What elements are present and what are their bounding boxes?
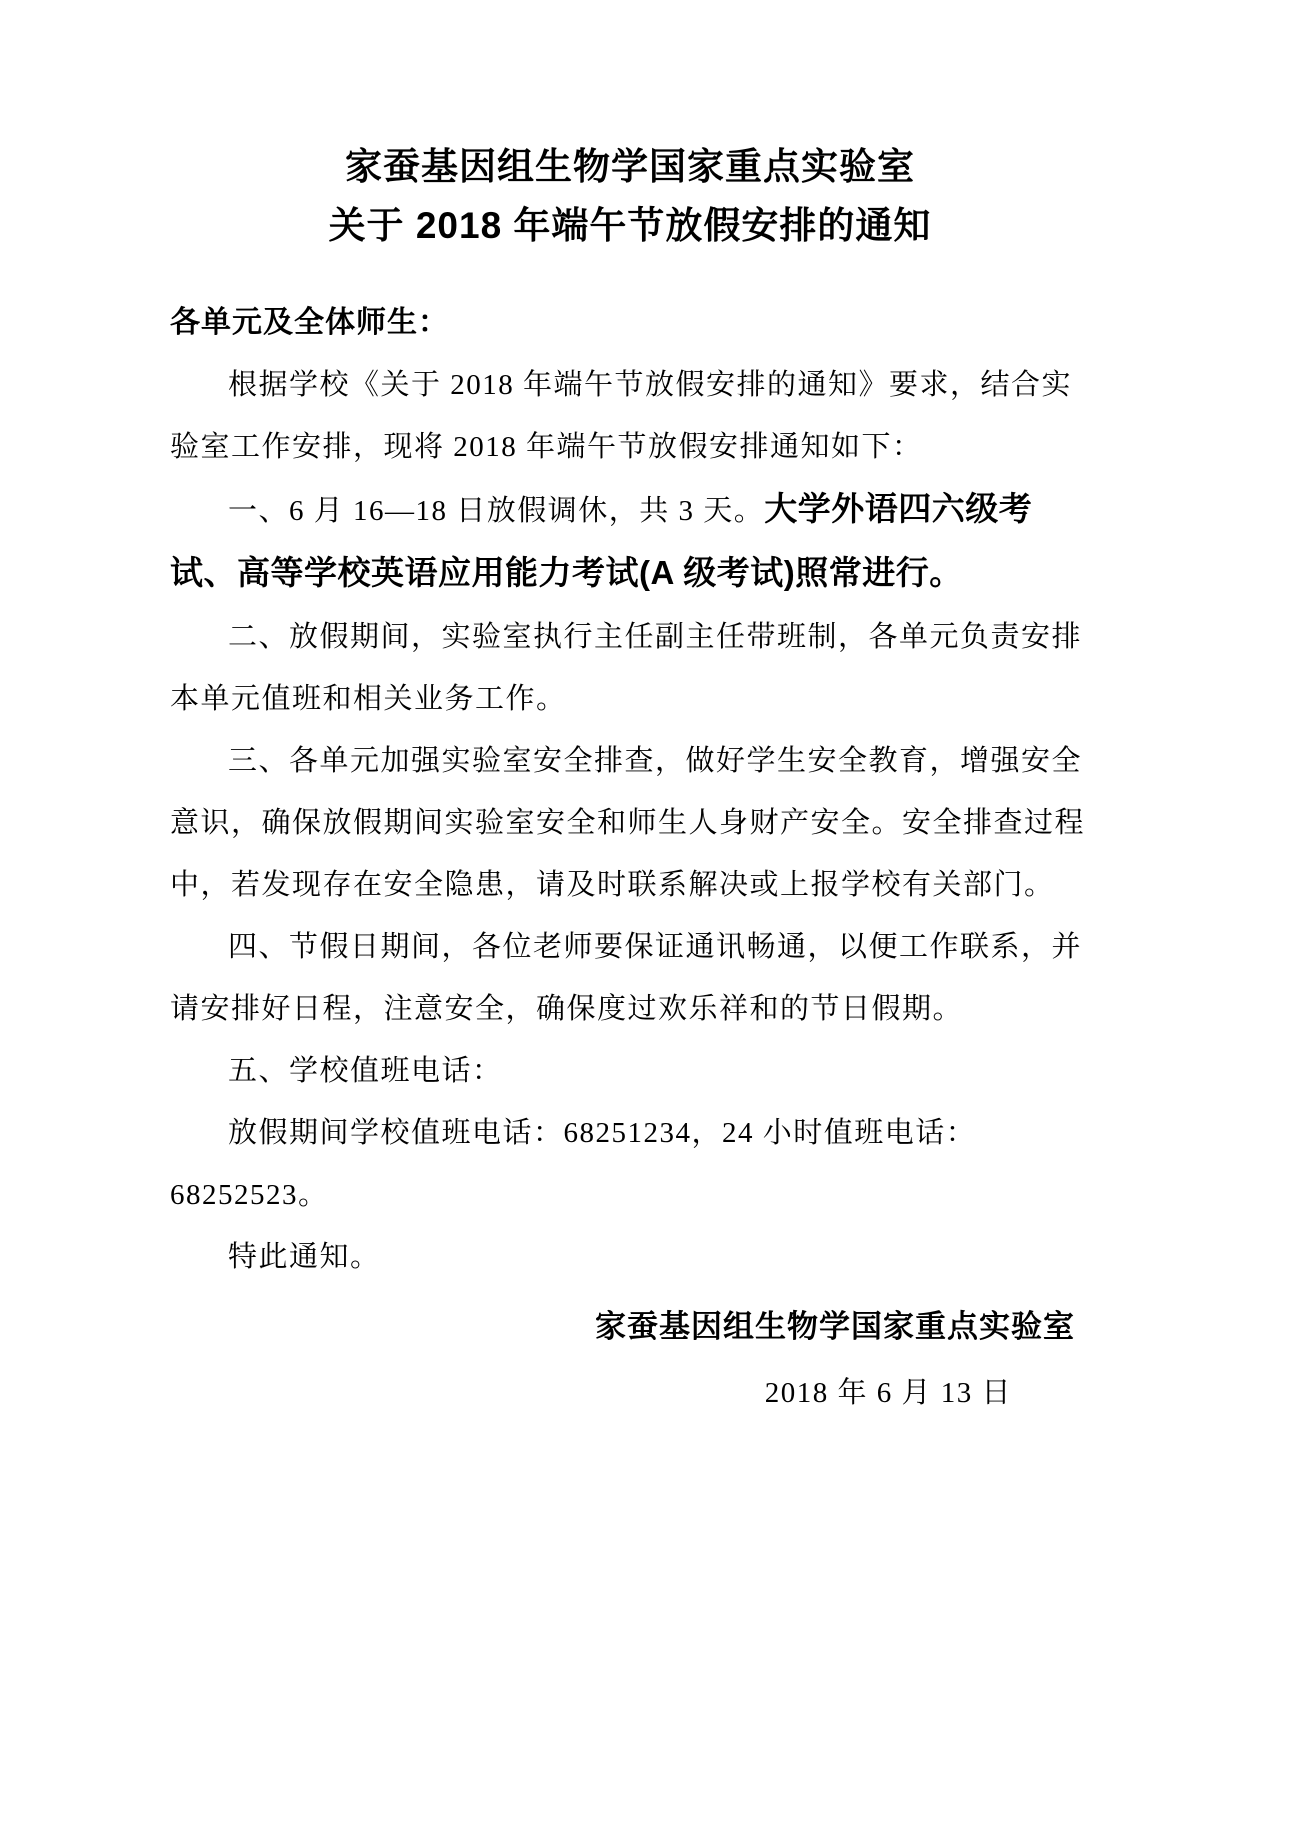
paragraph: 特此通知。 [170, 1226, 1090, 1288]
paragraph: 放假期间学校值班电话：68251234，24 小时值班电话：68252523。 [170, 1102, 1090, 1226]
document-body: 根据学校《关于 2018 年端午节放假安排的通知》要求，结合实验室工作安排，现将… [170, 354, 1090, 1288]
signature: 家蚕基因组生物学国家重点实验室 [170, 1296, 1075, 1358]
document-page: 家蚕基因组生物学国家重点实验室 关于 2018 年端午节放假安排的通知 各单元及… [170, 0, 1090, 1424]
text-segment: 五、学校值班电话： [228, 1055, 503, 1087]
paragraph: 二、放假期间，实验室执行主任副主任带班制，各单元负责安排本单元值班和相关业务工作… [170, 606, 1090, 730]
text-segment: 三、各单元加强实验室安全排查，做好学生安全教育，增强安全意识，确保放假期间实验室… [170, 745, 1085, 901]
paragraph: 一、6 月 16—18 日放假调休，共 3 天。大学外语四六级考试、高等学校英语… [170, 478, 1090, 606]
paragraph: 根据学校《关于 2018 年端午节放假安排的通知》要求，结合实验室工作安排，现将… [170, 354, 1090, 478]
paragraph: 五、学校值班电话： [170, 1040, 1090, 1102]
document-title-line1: 家蚕基因组生物学国家重点实验室 [170, 148, 1090, 185]
text-segment: 根据学校《关于 2018 年端午节放假安排的通知》要求，结合实验室工作安排，现将… [170, 369, 1072, 463]
text-segment: 特此通知。 [228, 1241, 381, 1273]
text-segment: 一、6 月 16—18 日放假调休，共 3 天。 [228, 495, 764, 527]
date: 2018 年 6 月 13 日 [170, 1362, 1012, 1424]
text-segment: 四、节假日期间，各位老师要保证通讯畅通，以便工作联系，并请安排好日程，注意安全，… [170, 931, 1082, 1025]
salutation: 各单元及全体师生： [170, 292, 1090, 354]
paragraph: 四、节假日期间，各位老师要保证通讯畅通，以便工作联系，并请安排好日程，注意安全，… [170, 916, 1090, 1040]
document-title-line2: 关于 2018 年端午节放假安排的通知 [170, 207, 1090, 244]
text-segment: 放假期间学校值班电话：68251234，24 小时值班电话：68252523。 [170, 1117, 976, 1211]
paragraph: 三、各单元加强实验室安全排查，做好学生安全教育，增强安全意识，确保放假期间实验室… [170, 730, 1090, 916]
text-segment: 二、放假期间，实验室执行主任副主任带班制，各单元负责安排本单元值班和相关业务工作… [170, 621, 1082, 715]
